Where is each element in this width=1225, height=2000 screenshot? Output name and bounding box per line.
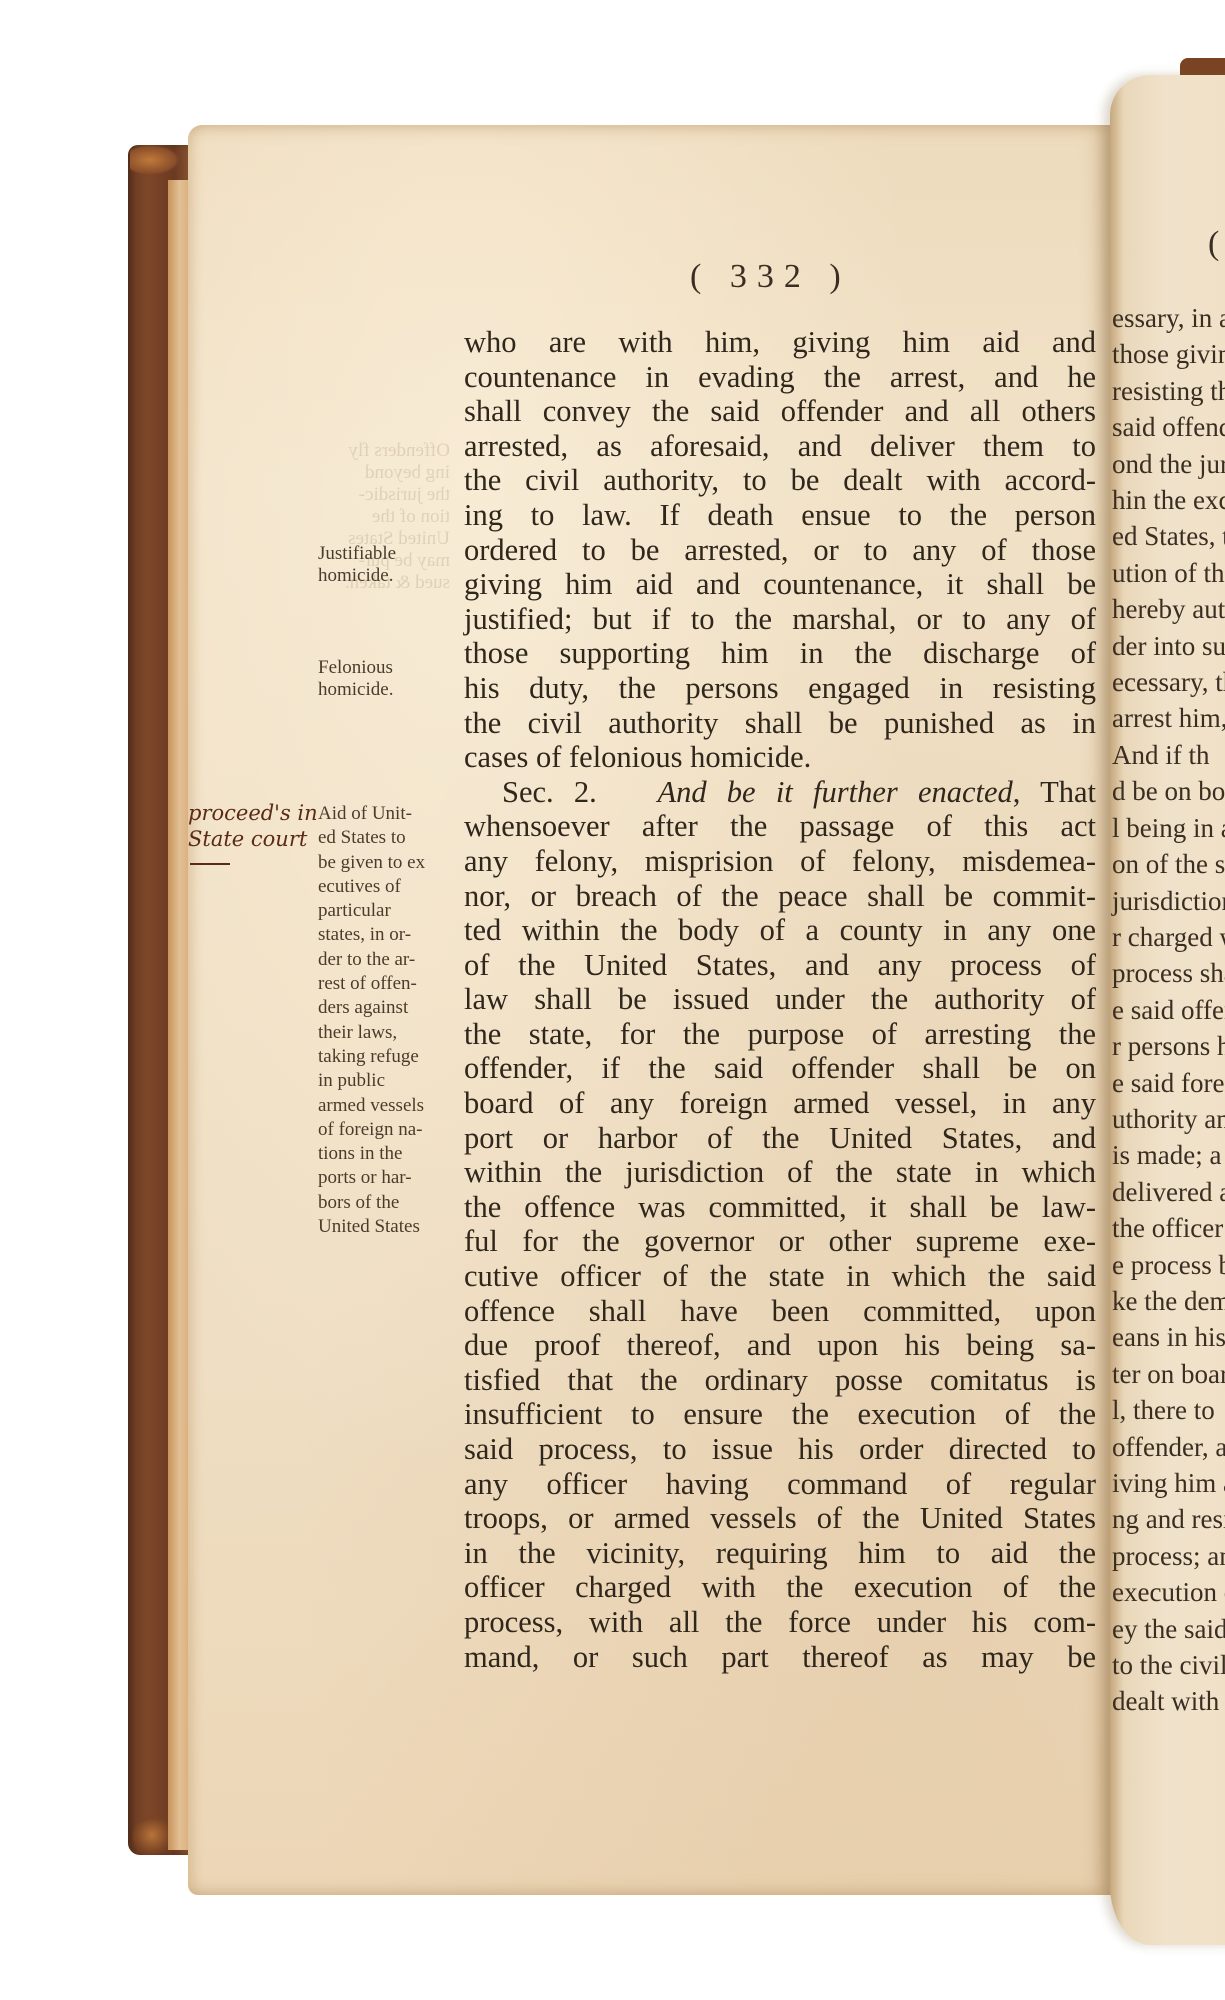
section-line: mand, or such part thereof as may be xyxy=(464,1640,1096,1675)
section-line: ted within the body of a county in any o… xyxy=(464,913,1096,948)
enacting-clause: And be it further enacted xyxy=(657,775,1012,809)
body-line: cases of felonious homicide. xyxy=(464,740,1096,775)
marginal-note-aid-of-united-states: Aid of Unit- ed States to be given to ex… xyxy=(318,802,450,1239)
right-line: eans in his xyxy=(1112,1319,1225,1355)
body-line: the civil authority, to be dealt with ac… xyxy=(464,463,1096,498)
handwriting-underline xyxy=(190,863,230,865)
marginal-line: der to the ar- xyxy=(318,948,450,972)
section-line: the state, for the purpose of arresting … xyxy=(464,1017,1096,1052)
marginal-note-felonious-homicide: Felonious homicide. xyxy=(318,657,450,700)
section-line: ful for the governor or other supreme ex… xyxy=(464,1224,1096,1259)
section-line: due proof thereof, and upon his being sa… xyxy=(464,1328,1096,1363)
section-line: nor, or breach of the peace shall be com… xyxy=(464,879,1096,914)
section-line: officer charged with the execution of th… xyxy=(464,1570,1096,1605)
right-line: e said offen xyxy=(1112,992,1225,1028)
body-line: the civil authority shall be punished as… xyxy=(464,706,1096,741)
section-line: offence shall have been committed, upon xyxy=(464,1294,1096,1329)
body-line: his duty, the persons engaged in resisti… xyxy=(464,671,1096,706)
marginal-line: states, in or- xyxy=(318,923,450,947)
cover-wear-bottom xyxy=(132,1815,172,1855)
marginal-line: homicide. xyxy=(318,565,450,587)
marginal-line: rest of offen- xyxy=(318,972,450,996)
section-line: any felony, misprision of felony, misdem… xyxy=(464,844,1096,879)
marginal-line: particular xyxy=(318,899,450,923)
right-line: offender, ar xyxy=(1112,1429,1225,1465)
marginal-line: ecutives of xyxy=(318,875,450,899)
marginal-note-justifiable-homicide: Justifiable homicide. xyxy=(318,543,450,586)
right-line: essary, in arr xyxy=(1112,300,1225,336)
right-line: ter on board xyxy=(1112,1356,1225,1392)
right-line: e process be xyxy=(1112,1247,1225,1283)
section-line: cutive officer of the state in which the… xyxy=(464,1259,1096,1294)
right-line: those giving xyxy=(1112,336,1225,372)
handwriting-line: proceed's in xyxy=(188,800,318,826)
section-line: offender, if the said offender shall be … xyxy=(464,1051,1096,1086)
ghost-line: ing beyond xyxy=(330,462,450,484)
right-page-text: essary, in arr those giving resisting th… xyxy=(1112,300,1225,1720)
body-line: justified; but if to the marshal, or to … xyxy=(464,602,1096,637)
ghost-line: the jurisdic- xyxy=(330,484,450,506)
section-heading-line: Sec. 2. And be it further enacted, That xyxy=(464,775,1096,810)
right-line: delivered acc xyxy=(1112,1174,1225,1210)
right-line: process shall xyxy=(1112,955,1225,991)
handwritten-annotation: proceed's in State court xyxy=(188,800,318,852)
section-line: tisfied that the ordinary posse comitatu… xyxy=(464,1363,1096,1398)
marginal-line: taking refuge xyxy=(318,1045,450,1069)
marginal-line: homicide. xyxy=(318,679,450,701)
right-line: der into such xyxy=(1112,628,1225,664)
ghost-line: Offenders fly xyxy=(330,440,450,462)
body-text: who are with him, giving him aid and cou… xyxy=(464,325,1096,1674)
marginal-line: Aid of Unit- xyxy=(318,802,450,826)
right-line: said offender xyxy=(1112,409,1225,445)
right-line: ond the juris xyxy=(1112,446,1225,482)
ghost-line: tion of the xyxy=(330,506,450,528)
marginal-line: armed vessels xyxy=(318,1094,450,1118)
section-line: port or harbor of the United States, and xyxy=(464,1121,1096,1156)
right-line: ng and resis xyxy=(1112,1501,1225,1537)
right-line: r persons ha xyxy=(1112,1028,1225,1064)
body-line: countenance in evading the arrest, and h… xyxy=(464,360,1096,395)
marginal-line: of foreign na- xyxy=(318,1118,450,1142)
right-line: l being in a xyxy=(1112,810,1225,846)
body-line: shall convey the said offender and all o… xyxy=(464,394,1096,429)
section-line: said process, to issue his order directe… xyxy=(464,1432,1096,1467)
right-line: And if th xyxy=(1112,737,1225,773)
section-line: of the United States, and any process of xyxy=(464,948,1096,983)
right-line: process; an xyxy=(1112,1538,1225,1574)
section-line: law shall be issued under the authority … xyxy=(464,982,1096,1017)
right-line: d be on boa xyxy=(1112,773,1225,809)
marginal-line: Justifiable xyxy=(318,543,450,565)
right-line: hin the exclu xyxy=(1112,482,1225,518)
marginal-line: in public xyxy=(318,1069,450,1093)
right-line: is made; a xyxy=(1112,1137,1225,1173)
marginal-line: bors of the xyxy=(318,1191,450,1215)
marginal-line: ed States to xyxy=(318,826,450,850)
section-line: board of any foreign armed vessel, in an… xyxy=(464,1086,1096,1121)
section-first-line-rest: , That xyxy=(1013,775,1096,809)
right-line: arrest him, xyxy=(1112,700,1225,736)
right-line: iving him ai xyxy=(1112,1465,1225,1501)
right-line: l, there to xyxy=(1112,1392,1225,1428)
right-line: r charged w xyxy=(1112,919,1225,955)
marginal-line: ports or har- xyxy=(318,1166,450,1190)
section-line: process, with all the force under his co… xyxy=(464,1605,1096,1640)
marginal-line: United States xyxy=(318,1215,450,1239)
right-line: ecessary, the xyxy=(1112,664,1225,700)
cover-wear-top xyxy=(130,145,180,175)
right-line: jurisdiction xyxy=(1112,883,1225,919)
section-line: insufficient to ensure the execution of … xyxy=(464,1397,1096,1432)
right-line: hereby autho xyxy=(1112,591,1225,627)
section-line: any officer having command of regular xyxy=(464,1467,1096,1502)
body-line: ing to law. If death ensue to the person xyxy=(464,498,1096,533)
marginal-line: tions in the xyxy=(318,1142,450,1166)
section-line: within the jurisdiction of the state in … xyxy=(464,1155,1096,1190)
right-line: uthority and xyxy=(1112,1101,1225,1137)
right-line: ution of the s xyxy=(1112,555,1225,591)
marginal-line: Felonious xyxy=(318,657,450,679)
right-page-number-paren: ( xyxy=(1208,225,1219,263)
right-line: execution o xyxy=(1112,1574,1225,1610)
right-line: ke the dem xyxy=(1112,1283,1225,1319)
right-line: to the civil xyxy=(1112,1647,1225,1683)
handwriting-line: State court xyxy=(188,826,318,852)
right-line: the officer ch xyxy=(1112,1210,1225,1246)
section-line: in the vicinity, requiring him to aid th… xyxy=(464,1536,1096,1571)
marginal-line: their laws, xyxy=(318,1021,450,1045)
page-number: ( 332 ) xyxy=(690,258,851,296)
section-line: the offence was committed, it shall be l… xyxy=(464,1190,1096,1225)
section-line: whensoever after the passage of this act xyxy=(464,809,1096,844)
body-line: arrested, as aforesaid, and deliver them… xyxy=(464,429,1096,464)
section-line: troops, or armed vessels of the United S… xyxy=(464,1501,1096,1536)
body-line: who are with him, giving him aid and xyxy=(464,325,1096,360)
right-line: ed States, the xyxy=(1112,518,1225,554)
right-line: on of the sta xyxy=(1112,846,1225,882)
right-line: resisting the xyxy=(1112,373,1225,409)
right-line: ey the said xyxy=(1112,1611,1225,1647)
body-line: giving him aid and countenance, it shall… xyxy=(464,567,1096,602)
marginal-line: ders against xyxy=(318,996,450,1020)
marginal-line: be given to ex xyxy=(318,851,450,875)
body-line: those supporting him in the discharge of xyxy=(464,636,1096,671)
right-line: e said foreig xyxy=(1112,1065,1225,1101)
section-label: Sec. 2. xyxy=(502,775,597,809)
body-line: ordered to be arrested, or to any of tho… xyxy=(464,533,1096,568)
right-line: dealt with a xyxy=(1112,1683,1225,1719)
